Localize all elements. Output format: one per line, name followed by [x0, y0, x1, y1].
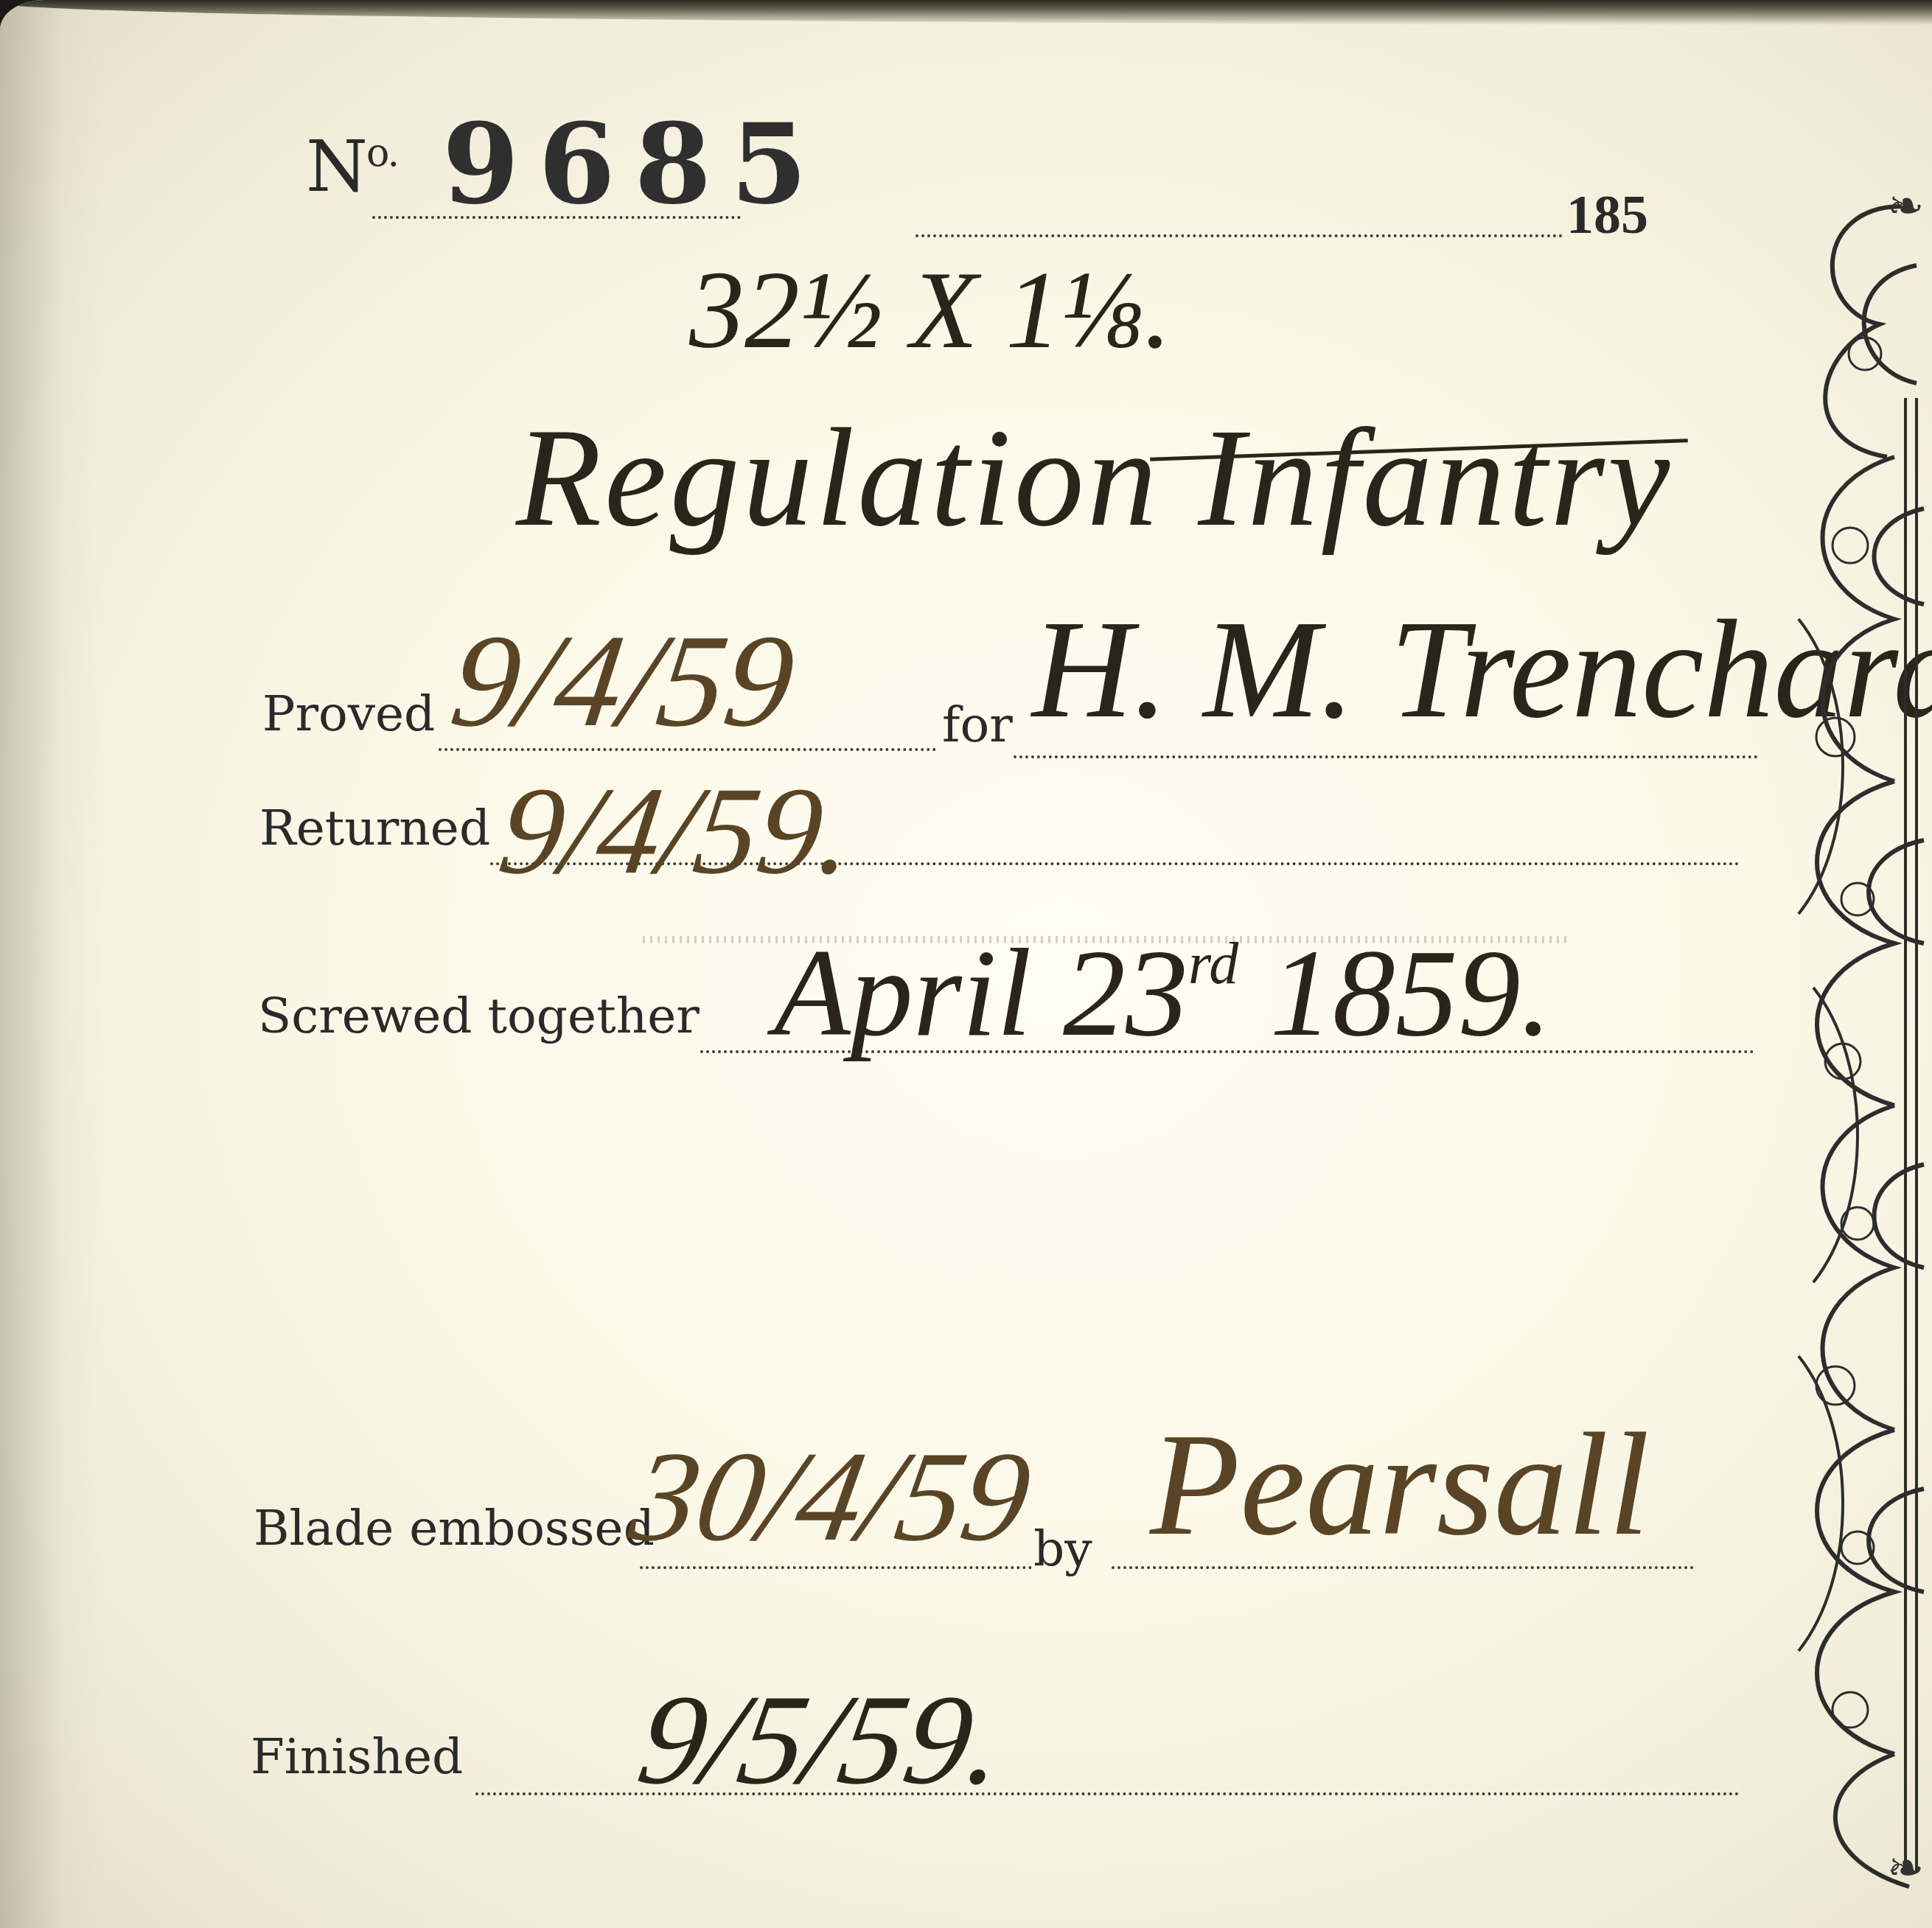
by-label: by — [1033, 1520, 1092, 1577]
number-prefix: No. — [306, 125, 398, 208]
screwed-together-date: April 23rd 1859. — [774, 921, 1552, 1065]
scroll-curl-icon: ❧ — [1887, 1843, 1924, 1894]
record-number: 9685 — [442, 99, 826, 229]
finished-label: Finished — [251, 1728, 463, 1785]
proved-label: Proved — [262, 685, 435, 742]
proved-date: 9/4/59 — [442, 604, 803, 757]
embosser-name: Pearsall — [1150, 1400, 1650, 1569]
blade-dimensions: 32½ X 1⅛. — [689, 247, 1171, 374]
year-prefix: 185 — [1566, 184, 1648, 247]
for-label: for — [942, 696, 1013, 753]
blade-embossed-label: Blade embossed — [254, 1500, 655, 1557]
sword-model: Regulation Infantry — [516, 398, 1673, 559]
celtic-knot-ornament — [1769, 177, 1932, 1928]
blade-embossed-date: 30/4/59 — [621, 1422, 1041, 1571]
screwed-together-label: Screwed together — [258, 988, 700, 1044]
scroll-curl-icon: ❧ — [1887, 181, 1924, 232]
finished-date: 9/5/59. — [628, 1666, 1016, 1814]
date-dotted-line — [916, 234, 1563, 237]
for-dotted-line — [1014, 755, 1758, 758]
returned-label: Returned — [259, 800, 490, 856]
page-edge-shadow — [0, 0, 1932, 25]
returned-date: 9/4/59. — [491, 759, 862, 903]
number-dotted-line — [372, 216, 741, 219]
ledger-page: No. 9685 185 32½ X 1⅛. Regulation Infant… — [0, 0, 1932, 1928]
